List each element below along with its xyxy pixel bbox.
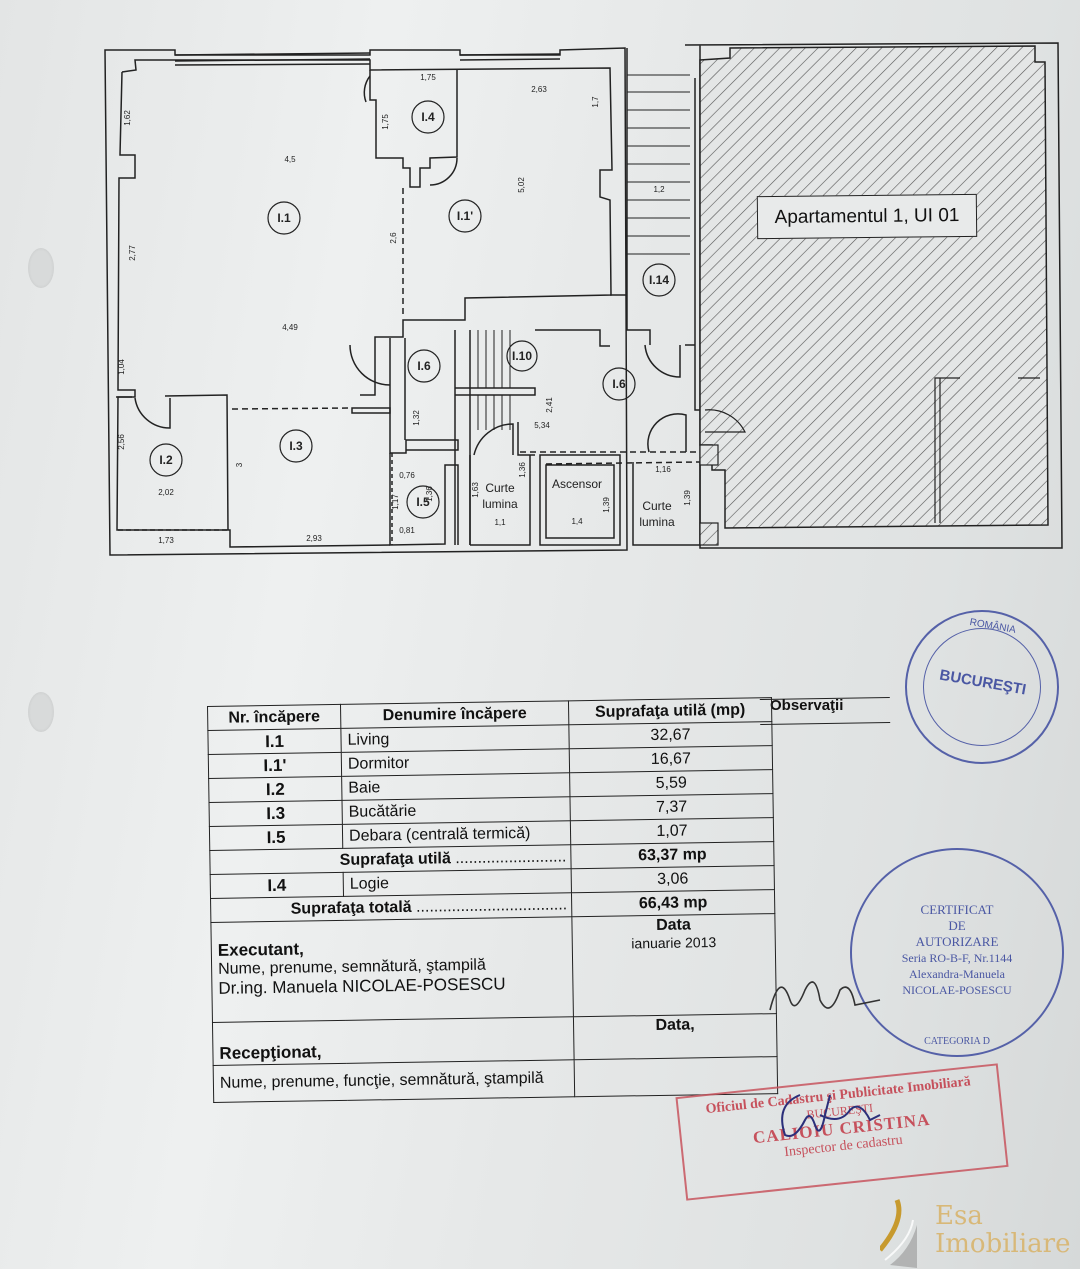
dimension-label: 1,73 — [158, 536, 174, 545]
room-id-label: I.4 — [421, 110, 435, 124]
dimension-label: 2,63 — [531, 85, 547, 94]
dimension-label: 0,76 — [399, 471, 415, 480]
executant-row: Executant, Nume, prenume, semnătură, şta… — [211, 914, 777, 1023]
room-id-label: I.6 — [417, 359, 431, 373]
room-name: Dormitor — [341, 749, 569, 777]
room-nr: I.4 — [210, 872, 343, 898]
room-nr: I.1' — [208, 752, 341, 778]
room-name: Debara (centrală termică) — [342, 821, 570, 849]
room-nr: I.1 — [208, 728, 341, 754]
room-nr: I.5 — [209, 824, 342, 850]
area-table: Nr. încăpere Denumire încăpere Suprafaţa… — [207, 697, 778, 1103]
observations-header: Observaţii — [770, 697, 843, 714]
room-area: 16,67 — [569, 746, 772, 773]
room-id-label: I.10 — [512, 349, 532, 363]
room-area: 5,59 — [570, 770, 773, 797]
dimension-label: 1,16 — [655, 465, 671, 474]
dimension-label: 1,39 — [683, 490, 692, 506]
room-id-label: I.14 — [649, 273, 669, 287]
dimension-label: 2,56 — [117, 434, 126, 450]
total-area-value: 66,43 mp — [571, 890, 774, 917]
receptionat-fields: Nume, prenume, funcţie, semnătură, ştamp… — [213, 1060, 575, 1103]
room-id-label: I.2 — [159, 453, 173, 467]
curte-lumina-label: Curte — [642, 499, 672, 513]
header-name: Denumire încăpere — [340, 701, 568, 729]
ascensor-label: Ascensor — [552, 477, 602, 491]
room-name: Logie — [343, 869, 571, 897]
punch-hole — [28, 692, 54, 732]
receptionat-date-label: Data, — [573, 1014, 777, 1060]
room-id-label: I.1 — [277, 211, 291, 225]
dimension-label: 5,34 — [534, 421, 550, 430]
stamp-bottom-text: CATEGORIA D — [852, 1036, 1062, 1047]
dimension-label: 5,02 — [517, 177, 526, 193]
floor-plan: I.1 I.1' I.4 I.2 I.3 I.6 I.5 I.10 I.6 I.… — [0, 0, 1080, 620]
useful-area-label: Suprafaţa utilă — [340, 850, 451, 869]
dimension-label: 2,93 — [306, 534, 322, 543]
stamp-line: AUTORIZARE — [852, 934, 1062, 950]
dimension-label: 0,81 — [399, 526, 415, 535]
receptionat-label: Recepţionat, — [212, 1017, 574, 1066]
dimension-label: 4,49 — [282, 323, 298, 332]
dimension-label: 3 — [235, 462, 244, 467]
curte-lumina-label: lumina — [482, 497, 518, 511]
curte-lumina-label: Curte — [485, 481, 515, 495]
dimension-label: 1,36 — [425, 486, 434, 502]
dimension-label: 1,1 — [494, 518, 506, 527]
dimension-label: 4,5 — [284, 155, 296, 164]
dimension-label: 1,63 — [471, 482, 480, 498]
stamp-line: CERTIFICAT — [852, 902, 1062, 918]
room-area: 1,07 — [570, 818, 773, 845]
stamp-line: DE — [852, 918, 1062, 934]
inspector-signature — [770, 1085, 900, 1145]
executant-name: Dr.ing. Manuela NICOLAE-POSESCU — [218, 973, 566, 998]
room-name: Bucătărie — [342, 797, 570, 825]
total-area-label: Suprafaţa totală — [291, 898, 412, 917]
room-area: 3,06 — [571, 866, 774, 893]
apartment-label: Apartamentul 1, UI 01 — [757, 194, 977, 239]
executant-signature — [760, 960, 900, 1030]
dimension-label: 2,41 — [545, 397, 554, 413]
room-name: Baie — [342, 773, 570, 801]
dimension-label: 1,17 — [391, 494, 400, 510]
date-value: ianuarie 2013 — [579, 933, 769, 952]
dimension-label: 1,39 — [602, 497, 611, 513]
dimension-label: 1,2 — [653, 185, 665, 194]
curte-lumina-label: lumina — [639, 515, 675, 529]
room-id-label: I.6 — [612, 377, 626, 391]
dimension-label: 2,6 — [389, 232, 398, 244]
dimension-label: 1,04 — [117, 359, 126, 375]
hatched-apartment — [700, 46, 1048, 528]
dimension-label: 1,36 — [518, 462, 527, 478]
dimension-label: 1,7 — [591, 96, 600, 108]
room-nr: I.3 — [209, 800, 342, 826]
room-name: Living — [341, 725, 569, 753]
dimension-label: 1,75 — [381, 114, 390, 130]
watermark-line2: Imobiliare — [935, 1230, 1070, 1258]
dimension-label: 1,4 — [571, 517, 583, 526]
room-area: 7,37 — [570, 794, 773, 821]
header-area: Suprafaţa utilă (mp) — [568, 698, 771, 725]
room-nr: I.2 — [209, 776, 342, 802]
dimension-label: 2,02 — [158, 488, 174, 497]
useful-area-value: 63,37 mp — [571, 842, 774, 869]
room-area: 32,67 — [569, 722, 772, 749]
watermark-line1: Esa — [935, 1202, 983, 1230]
dimension-label: 2,77 — [128, 245, 137, 261]
room-id-label: I.3 — [289, 439, 303, 453]
dimension-label: 1,62 — [123, 110, 132, 126]
dimension-label: 1,75 — [420, 73, 436, 82]
room-id-label: I.1' — [457, 209, 473, 223]
header-nr: Nr. încăpere — [208, 704, 341, 730]
dimension-label: 1,32 — [412, 410, 421, 426]
